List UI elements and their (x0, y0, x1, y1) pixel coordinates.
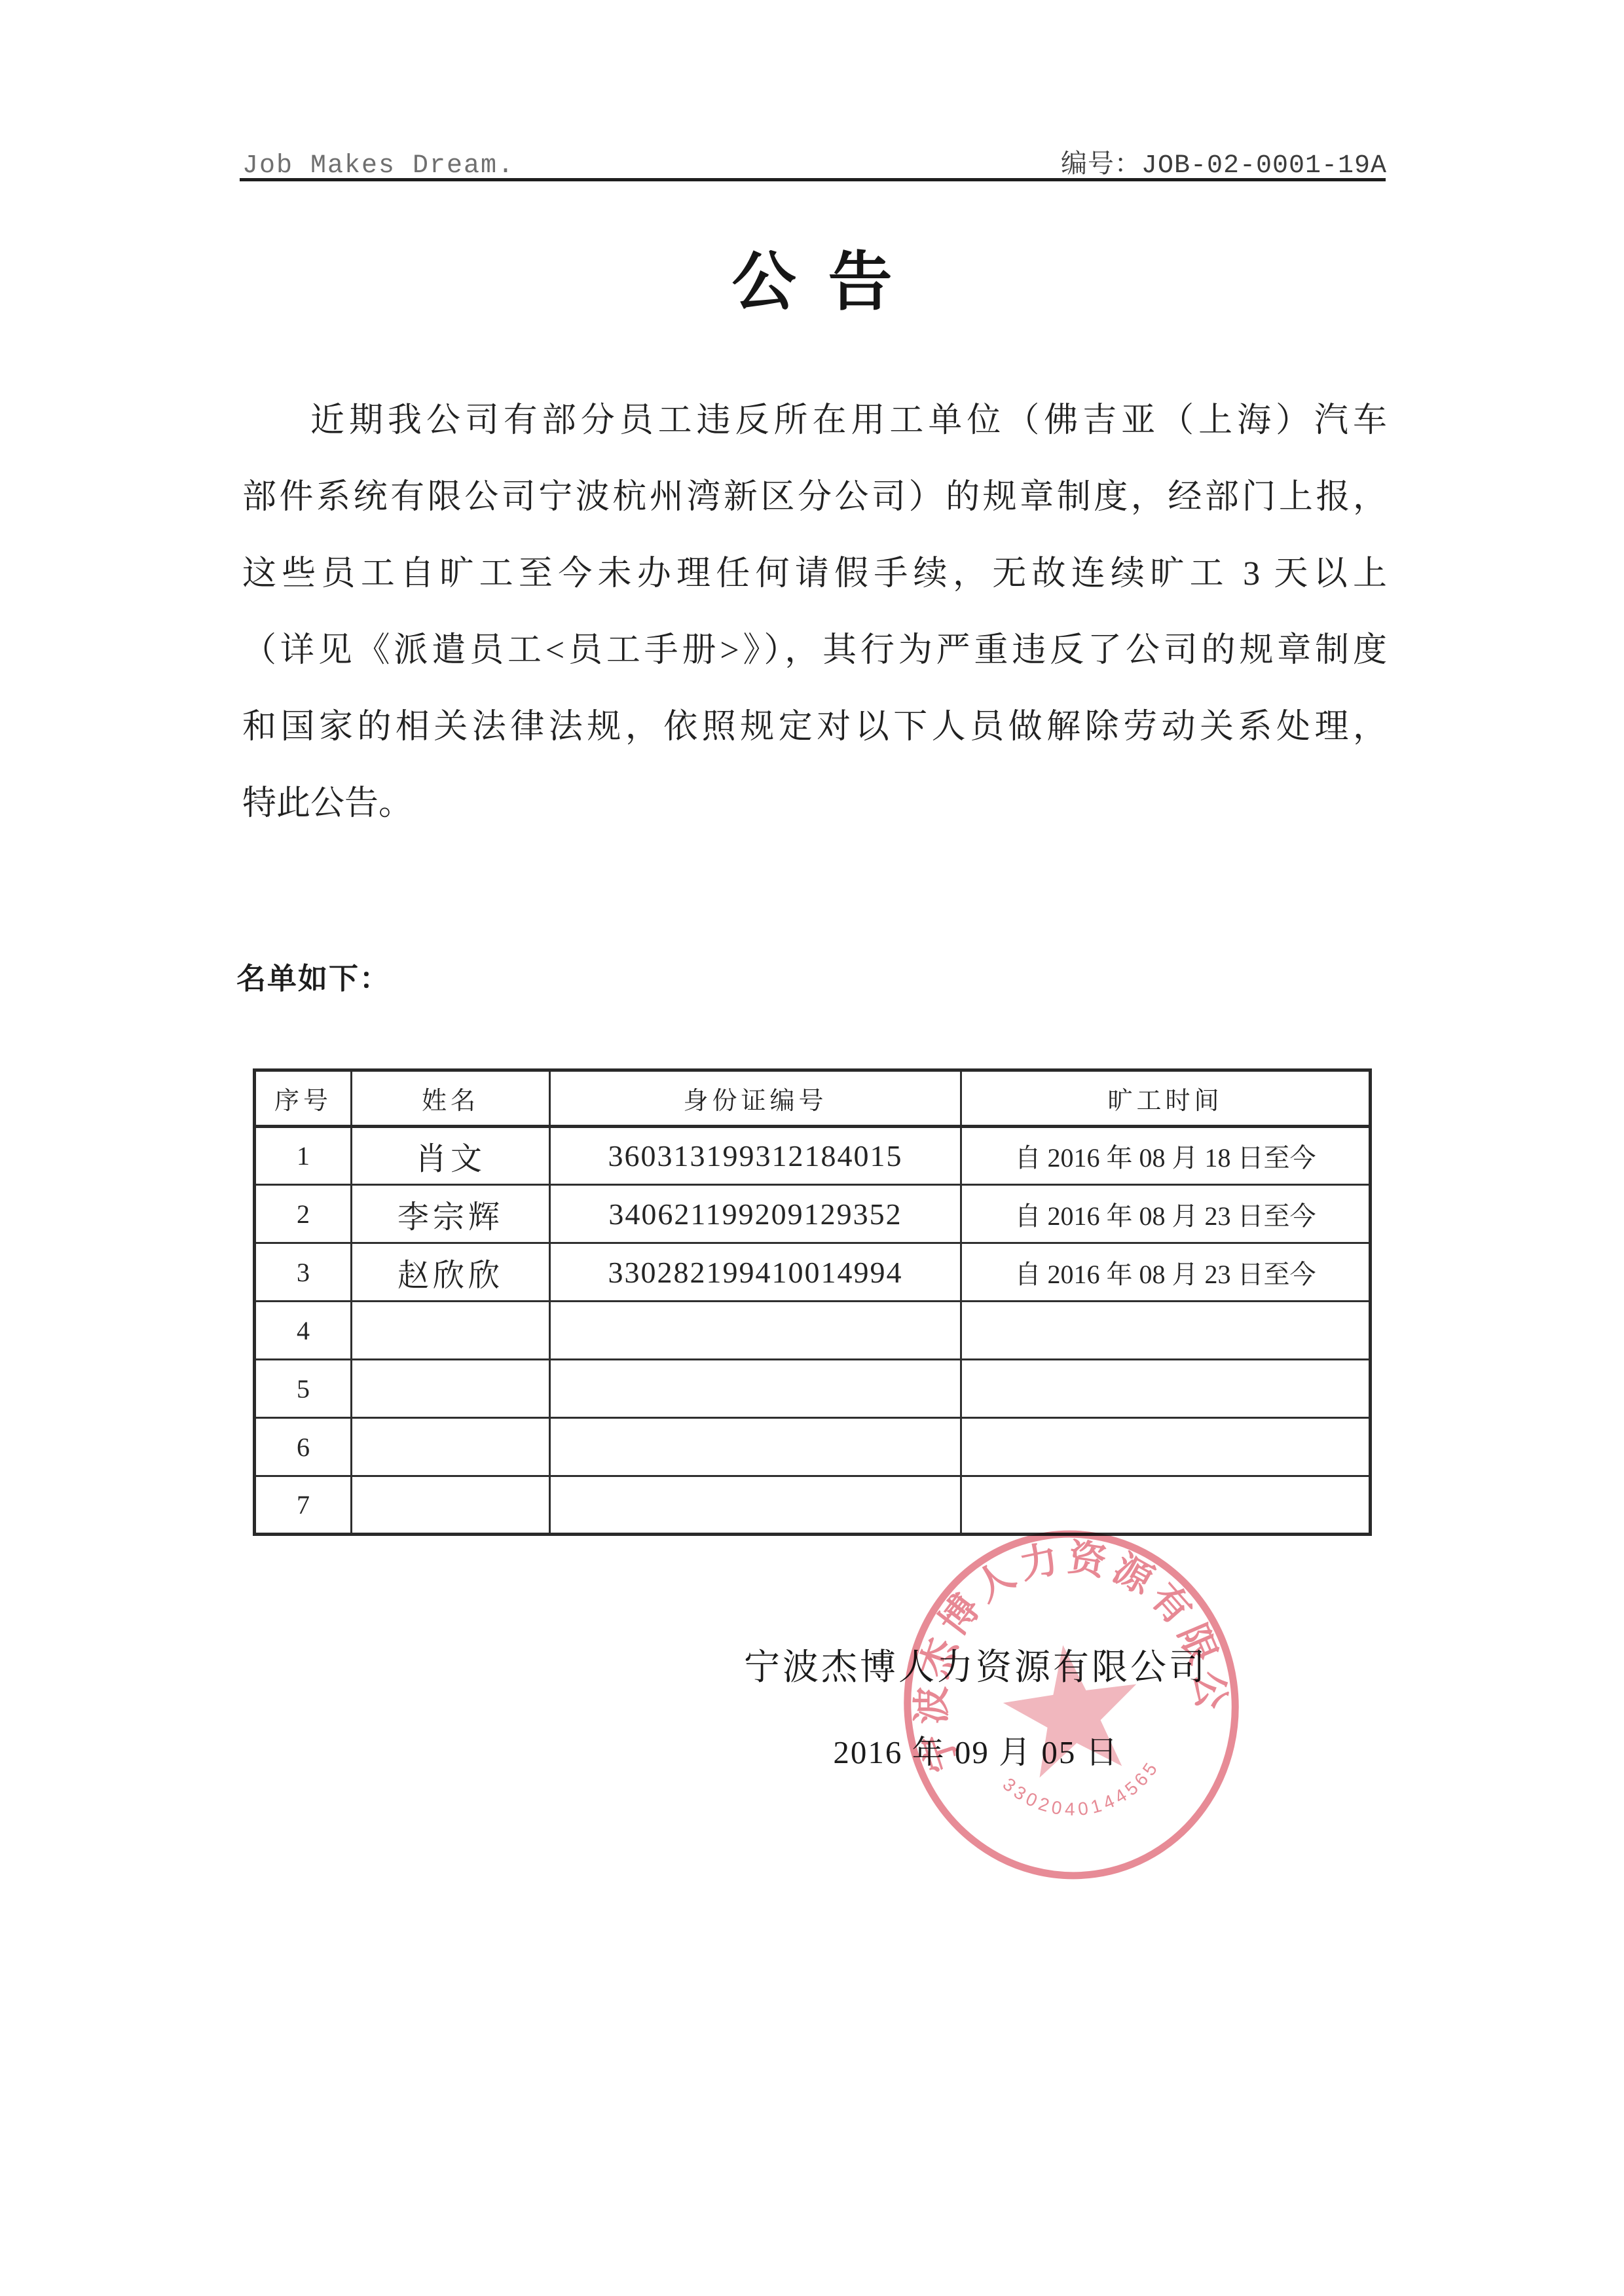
body-line: 特此公告。 (242, 765, 1387, 842)
table-row: 5 (255, 1360, 1371, 1418)
cell-absence: 自 2016 年 08 月 18 日至今 (961, 1127, 1371, 1185)
cell-id (550, 1418, 961, 1476)
cell-index: 1 (255, 1127, 352, 1185)
table-row: 1 肖文 360313199312184015 自 2016 年 08 月 18… (255, 1127, 1371, 1185)
signature-date: 2016 年 09 月 05 日 (778, 1727, 1174, 1773)
page-header: Job Makes Dream. 编号：JOB-02-0001-19A (242, 143, 1387, 181)
list-label: 名单如下： (236, 955, 390, 997)
document-page: Job Makes Dream. 编号：JOB-02-0001-19A 公 告 … (0, 0, 1624, 2296)
cell-id (550, 1476, 961, 1535)
body-line: 近期我公司有部分员工违反所在用工单位（佛吉亚（上海）汽车 (242, 382, 1387, 459)
cell-index: 3 (255, 1243, 352, 1302)
doc-number: 编号：JOB-02-0001-19A (1061, 143, 1387, 181)
signature-company: 宁波杰博人力资源有限公司 (727, 1638, 1225, 1690)
cell-index: 6 (255, 1418, 352, 1476)
cell-index: 2 (255, 1185, 352, 1243)
cell-name (352, 1418, 550, 1476)
cell-name: 李宗辉 (352, 1185, 550, 1243)
cell-name (352, 1302, 550, 1360)
table-row: 7 (255, 1476, 1371, 1535)
cell-name (352, 1360, 550, 1418)
seal-ring (897, 1524, 1246, 1886)
body-line: 部件系统有限公司宁波杭州湾新区分公司）的规章制度，经部门上报， (242, 459, 1387, 536)
page-title: 公 告 (0, 230, 1624, 323)
header-divider (240, 178, 1386, 181)
dismissal-table: 序号 姓名 身份证编号 旷工时间 1 肖文 360313199312184015… (253, 1068, 1372, 1536)
cell-name: 赵欣欣 (352, 1243, 550, 1302)
cell-id (550, 1302, 961, 1360)
slogan-text: Job Makes Dream. (242, 151, 515, 181)
cell-absence: 自 2016 年 08 月 23 日至今 (961, 1243, 1371, 1302)
col-header-index: 序号 (255, 1070, 352, 1127)
table-header-row: 序号 姓名 身份证编号 旷工时间 (255, 1070, 1371, 1127)
announcement-body: 近期我公司有部分员工违反所在用工单位（佛吉亚（上海）汽车 部件系统有限公司宁波杭… (242, 382, 1387, 842)
cell-id: 330282199410014994 (550, 1243, 961, 1302)
company-seal-stamp: 宁波杰博人力资源有限公司 3302040144565 (897, 1524, 1246, 1886)
col-header-id: 身份证编号 (550, 1070, 961, 1127)
table-row: 4 (255, 1302, 1371, 1360)
cell-absence: 自 2016 年 08 月 23 日至今 (961, 1185, 1371, 1243)
body-line: （详见《派遣员工<员工手册>》），其行为严重违反了公司的规章制度 (242, 612, 1387, 689)
cell-id: 360313199312184015 (550, 1127, 961, 1185)
cell-absence (961, 1302, 1371, 1360)
cell-index: 7 (255, 1476, 352, 1535)
col-header-absence: 旷工时间 (961, 1070, 1371, 1127)
body-line: 和国家的相关法律法规，依照规定对以下人员做解除劳动关系处理， (242, 689, 1387, 765)
col-header-name: 姓名 (352, 1070, 550, 1127)
table-row: 3 赵欣欣 330282199410014994 自 2016 年 08 月 2… (255, 1243, 1371, 1302)
table-row: 6 (255, 1418, 1371, 1476)
body-line: 这些员工自旷工至今未办理任何请假手续，无故连续旷工 3 天以上 (242, 536, 1387, 612)
cell-index: 5 (255, 1360, 352, 1418)
cell-absence (961, 1360, 1371, 1418)
table-row: 2 李宗辉 340621199209129352 自 2016 年 08 月 2… (255, 1185, 1371, 1243)
cell-id (550, 1360, 961, 1418)
cell-index: 4 (255, 1302, 352, 1360)
cell-name: 肖文 (352, 1127, 550, 1185)
cell-name (352, 1476, 550, 1535)
cell-absence (961, 1418, 1371, 1476)
cell-absence (961, 1476, 1371, 1535)
cell-id: 340621199209129352 (550, 1185, 961, 1243)
